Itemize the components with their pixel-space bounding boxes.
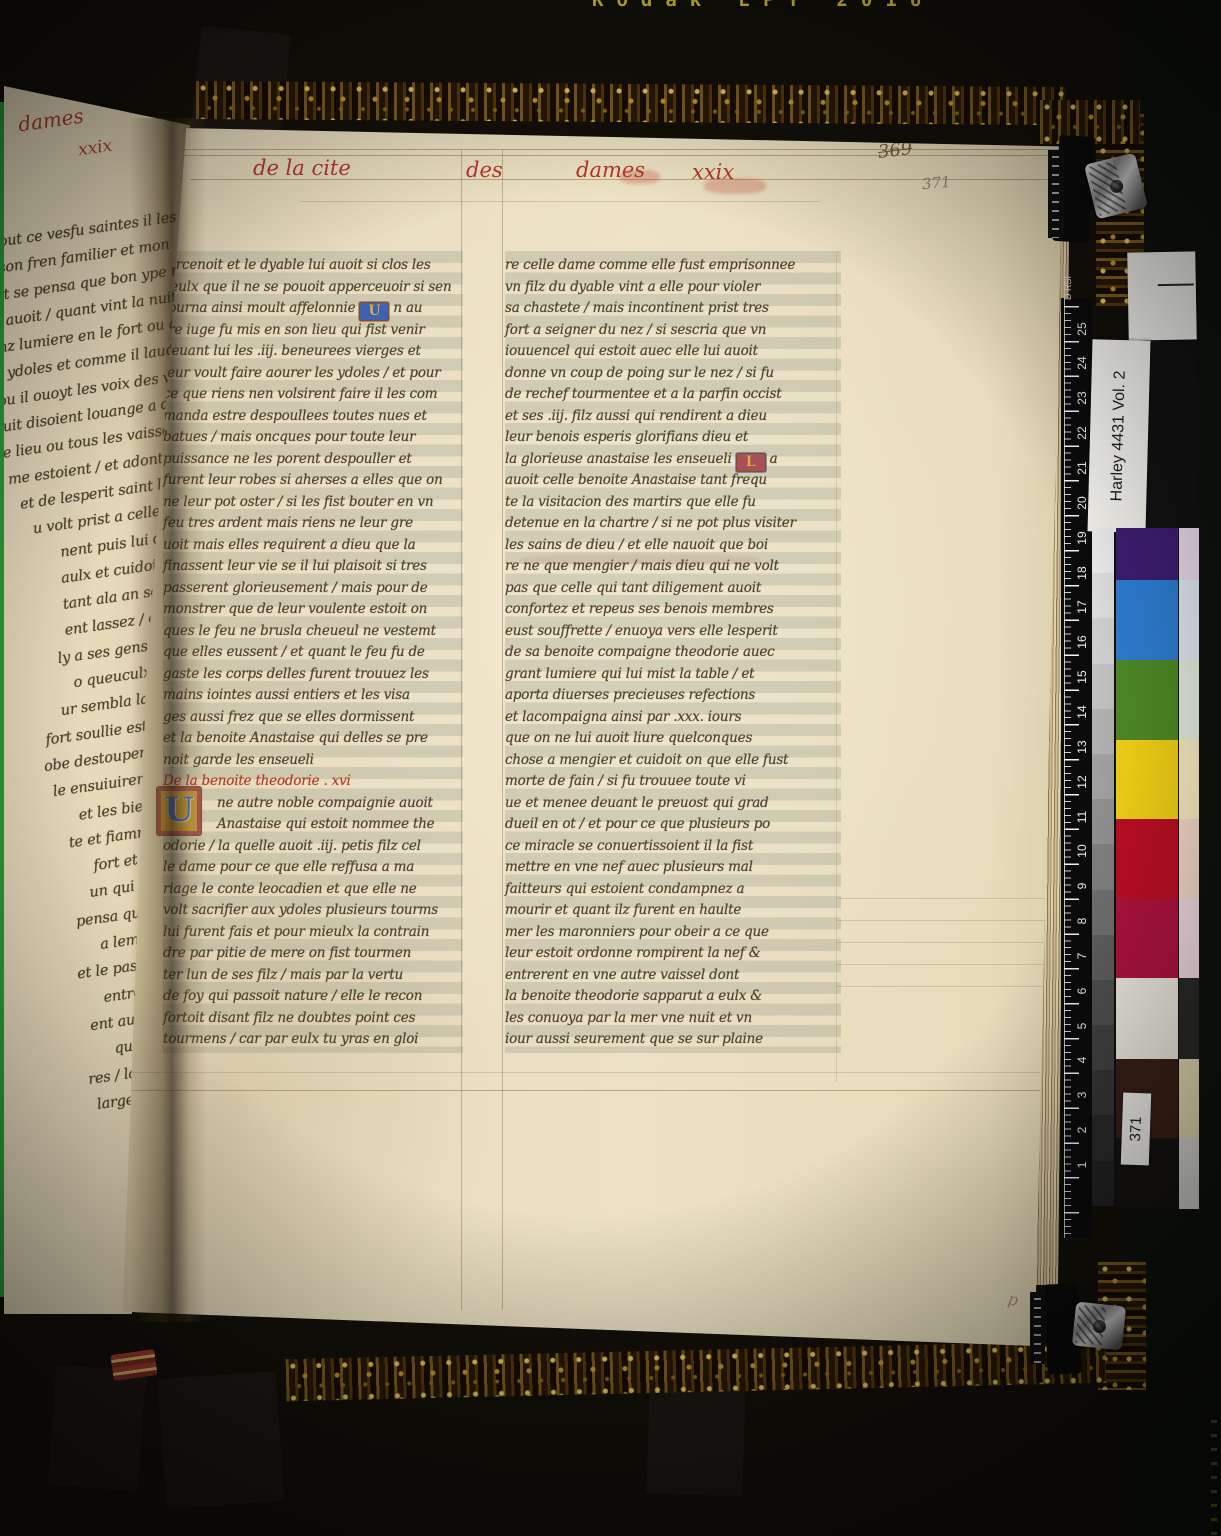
text-line: batues / mais oncques pour toute leur xyxy=(163,427,463,449)
text-column-left: forcenoit et le dyable lui auoit si clos… xyxy=(163,255,463,1051)
offset-ghost xyxy=(620,170,660,184)
color-chart-row-crimson xyxy=(1116,899,1199,978)
shelfmark-label-text: Harley 4431 Vol. 2 xyxy=(1108,370,1129,501)
text-line: feu tres ardent mais riens ne leur gre xyxy=(163,513,463,535)
text-line: et lacompaigna ainsi par .xxx. iours xyxy=(505,707,841,729)
endband-bottom xyxy=(110,1349,157,1381)
text-line: lui furent fais et pour mieulx la contra… xyxy=(163,922,463,944)
gray-patch xyxy=(1092,1070,1114,1115)
gray-patch xyxy=(1092,1115,1114,1160)
ruler-number: 21 xyxy=(1075,458,1089,478)
color-chart-row-blue xyxy=(1116,580,1199,660)
text-line: ques le feu ne brusla cheueul ne vestemt xyxy=(163,621,463,643)
text-line: ce que riens nen volsirent faire il les … xyxy=(163,384,463,406)
ruling-line xyxy=(836,964,1060,965)
ruler-number: 14 xyxy=(1075,702,1089,722)
ruler-number: 11 xyxy=(1075,807,1089,827)
text-line: de foy qui passoit nature / elle le reco… xyxy=(163,986,463,1008)
tab-pencil-line xyxy=(1158,283,1194,286)
text-line: iour aussi seurement que se sur plaine xyxy=(505,1029,841,1051)
pale-patch-black xyxy=(1179,1138,1199,1209)
ruler-number: 18 xyxy=(1075,563,1089,583)
text-line: tre iuge fu mis en son lieu qui fist ven… xyxy=(163,320,463,342)
running-title-part2: des xyxy=(466,158,503,182)
film-edge-marking: Kodak EPY 2016 xyxy=(592,0,934,11)
pale-patch-green xyxy=(1179,660,1199,740)
text-line: fortoit disant filz ne doubtes point ces xyxy=(163,1008,463,1030)
clip-film-strip-top xyxy=(1048,150,1064,238)
text-line: la benoite theodorie sapparut a eulx & xyxy=(505,986,841,1008)
color-chart-row-red xyxy=(1116,819,1199,899)
ruler-number: 5 xyxy=(1075,1016,1089,1036)
ruler-number: 10 xyxy=(1075,841,1089,861)
text-line: monstrer que de leur voulente estoit on xyxy=(163,599,463,621)
text-line: uoit mais elles requirent a dieu que la xyxy=(163,535,463,557)
gray-patch xyxy=(1092,1161,1114,1206)
ruling-line xyxy=(836,986,1060,987)
gray-patch xyxy=(1092,709,1114,754)
text-line: la glorieuse anastaise les enseueliLa xyxy=(505,449,841,471)
facing-page-chapter-number: xxix xyxy=(77,136,114,161)
film-edge-dots xyxy=(1211,1420,1217,1536)
ruling-line xyxy=(502,150,503,1310)
pale-patch-purple xyxy=(1179,528,1199,580)
text-line: mer les maronniers pour obeir a ce que xyxy=(505,922,841,944)
ruling-line xyxy=(120,1090,1040,1091)
text-line: yeulx que il ne se pouoit apperceuoir si… xyxy=(163,277,463,299)
color-chart-row-purple xyxy=(1116,528,1199,580)
text-line: leur estoit ordonne rompirent la nef & xyxy=(505,943,841,965)
rubric-line: De la benoite theodorie . xvi xyxy=(163,771,463,793)
text-line: ce miracle se conuertissoient il la fist xyxy=(505,836,841,858)
text-line: re celle dame comme elle fust emprisonne… xyxy=(505,255,841,277)
text-line: detenue en la chartre / si ne pot plus v… xyxy=(505,513,841,535)
ruler: 1234567891011121314151617181920212223242… xyxy=(1061,298,1092,1238)
text-line: dueil en ot / et pour ce que plusieurs p… xyxy=(505,814,841,836)
ruler-number: 2 xyxy=(1075,1120,1089,1140)
ruler-number: 7 xyxy=(1075,946,1089,966)
gray-patch xyxy=(1092,573,1114,618)
felt-strap-bottom-center xyxy=(158,1371,285,1509)
color-chart-row-yellow xyxy=(1116,740,1199,819)
text-line: odorie / la quelle auoit .iij. petis fil… xyxy=(163,836,463,858)
text-line: auoit celle benoite Anastaise tant frequ xyxy=(505,470,841,492)
text-line: Anastaise qui estoit nommee the xyxy=(163,814,463,836)
gutter-shadow xyxy=(130,118,206,1322)
color-patch-purple xyxy=(1116,528,1178,580)
text-line: morte de fain / si fu trouuee toute vi xyxy=(505,771,841,793)
color-chart-row-green xyxy=(1116,660,1199,740)
text-line: furent leur robes si aherses a elles que… xyxy=(163,470,463,492)
ruling-line xyxy=(158,149,1063,150)
ruling-line xyxy=(130,1072,1040,1073)
text-line: vn filz du dyable vint a elle pour viole… xyxy=(505,277,841,299)
ruler-number: 4 xyxy=(1075,1050,1089,1070)
inline-illuminated-initial: L xyxy=(736,453,766,472)
text-line: volt sacrifier aux ydoles plusieurs tour… xyxy=(163,900,463,922)
text-line: eust souffrette / enuoya vers elle lespe… xyxy=(505,621,841,643)
ruler-number: 24 xyxy=(1075,353,1089,373)
color-patch-red xyxy=(1116,819,1178,899)
running-title-part1: de la cite xyxy=(253,156,351,180)
text-line: faitteurs qui estoient condampnez a xyxy=(505,879,841,901)
text-line: les conuoya par la mer vne nuit et vn xyxy=(505,1008,841,1030)
gray-patch xyxy=(1092,1025,1114,1070)
text-line: passerent glorieusement / mais pour de xyxy=(163,578,463,600)
gilt-edge-top xyxy=(196,81,1066,125)
felt-strap-bottom-left xyxy=(48,1365,146,1491)
color-patch-white xyxy=(1116,978,1178,1059)
text-line: fort a seigner du nez / si sescria que v… xyxy=(505,320,841,342)
ruler-number: 16 xyxy=(1075,632,1089,652)
text-line: noit garde les enseueli xyxy=(163,750,463,772)
text-line: le dame pour ce que elle reffusa a ma xyxy=(163,857,463,879)
text-line: aporta diuerses precieuses refections xyxy=(505,685,841,707)
text-line: de rechef tourmentee et a la parfin occi… xyxy=(505,384,841,406)
ruler-number: 23 xyxy=(1075,388,1089,408)
ruling-line xyxy=(836,942,1060,943)
text-line: entrerent en vne autre vaissel dont xyxy=(505,965,841,987)
metal-clip-bottom xyxy=(1072,1302,1126,1351)
text-line: et ses .iij. filz aussi qui rendirent a … xyxy=(505,406,841,428)
gray-patch xyxy=(1092,799,1114,844)
pale-patch-blue xyxy=(1179,580,1199,660)
color-patch-green xyxy=(1116,660,1178,740)
ruler-number: 15 xyxy=(1075,667,1089,687)
text-line: sa chastete / mais incontinent prist tre… xyxy=(505,298,841,320)
text-line: ges aussi frez que se elles dormissent xyxy=(163,707,463,729)
ruler-maker-text: D RSI xyxy=(1063,276,1073,300)
folio-number-crossed: 369 xyxy=(877,138,914,163)
text-line: te la visitacion des martirs que elle fu xyxy=(505,492,841,514)
text-line: donne vn coup de poing sur le nez / si f… xyxy=(505,363,841,385)
ruler-number: 9 xyxy=(1075,876,1089,896)
text-column-right: re celle dame comme elle fust emprisonne… xyxy=(505,255,841,1051)
text-line: tourmens / car par eulx tu yras en gloi xyxy=(163,1029,463,1051)
text-line: que on ne lui auoit liure quelconques xyxy=(505,728,841,750)
text-line: et la benoite Anastaise qui delles se pr… xyxy=(163,728,463,750)
folio-number-pencil: 371 xyxy=(921,173,951,193)
offset-ghost xyxy=(704,178,766,194)
ruler-number: 13 xyxy=(1075,737,1089,757)
ruler-number: 17 xyxy=(1075,597,1089,617)
ruler-number: 3 xyxy=(1075,1085,1089,1105)
white-tab xyxy=(1127,251,1197,340)
shelfmark-label: Harley 4431 Vol. 2 xyxy=(1087,339,1150,532)
text-line: ne autre noble compaignie auoit xyxy=(163,793,463,815)
gray-patch xyxy=(1092,935,1114,980)
color-chart-row-white xyxy=(1116,978,1199,1059)
pale-patch-yellow xyxy=(1179,740,1199,819)
felt-strap-bottom-right xyxy=(646,1383,746,1496)
pale-patch-red xyxy=(1179,819,1199,899)
ruler-number: 1 xyxy=(1075,1155,1089,1175)
gray-patch xyxy=(1092,890,1114,935)
text-line: deuant lui les .iij. beneurees vierges e… xyxy=(163,341,463,363)
color-patch-crimson xyxy=(1116,899,1178,978)
gray-patch xyxy=(1092,754,1114,799)
text-line: confortez et repeus ses benois membres xyxy=(505,599,841,621)
text-line: dre par pitie de mere on fist tourmen xyxy=(163,943,463,965)
ruler-number: 8 xyxy=(1075,911,1089,931)
folio-sticker-text: 371 xyxy=(1127,1116,1145,1142)
text-line: ter lun de ses filz / mais par la vertu xyxy=(163,965,463,987)
text-line: forcenoit et le dyable lui auoit si clos… xyxy=(163,255,463,277)
folio-sticker: 371 xyxy=(1121,1093,1151,1166)
ruler-number: 6 xyxy=(1075,981,1089,1001)
ruler-number: 20 xyxy=(1075,493,1089,513)
text-line: finassent leur vie se il lui plaisoit si… xyxy=(163,556,463,578)
gray-patch xyxy=(1092,618,1114,663)
ruling-line xyxy=(836,898,1060,899)
text-line: de sa benoite compaigne theodorie auec xyxy=(505,642,841,664)
ruling-line xyxy=(836,920,1060,921)
color-patch-yellow xyxy=(1116,740,1178,819)
text-line: puissance ne les porent despouller et xyxy=(163,449,463,471)
text-line: les sains de dieu / et elle nauoit que b… xyxy=(505,535,841,557)
gray-patch xyxy=(1092,528,1114,573)
gray-patch xyxy=(1092,980,1114,1025)
text-line: mettre en vne nef auec plusieurs mal xyxy=(505,857,841,879)
text-line: que elles eussent / et quant le feu fu d… xyxy=(163,642,463,664)
text-line: leur voult faire aourer les ydoles / et … xyxy=(163,363,463,385)
color-chart-black-backing xyxy=(1146,338,1198,532)
text-line: ne leur pot oster / si les fist bouter e… xyxy=(163,492,463,514)
pen-trial-mark: p xyxy=(1006,1289,1019,1309)
text-line: tourna ainsi moult affelonnieUn au xyxy=(163,298,463,320)
text-line: mourir et quant ilz furent en haulte xyxy=(505,900,841,922)
color-patch-blue xyxy=(1116,580,1178,660)
text-line: gaste les corps delles furent trouuez le… xyxy=(163,664,463,686)
text-line: riage le conte leocadien et que elle ne xyxy=(163,879,463,901)
text-line: ue et menee deuant le preuost qui grad xyxy=(505,793,841,815)
ruler-number: 22 xyxy=(1075,423,1089,443)
text-line: grant lumiere qui lui mist la table / et xyxy=(505,664,841,686)
pale-patch-crimson xyxy=(1179,899,1199,978)
facing-page-running-title: dames xyxy=(17,104,85,137)
ruling-line xyxy=(300,201,820,202)
gray-patch xyxy=(1092,844,1114,889)
text-line: chose a mengier et cuidoit on que elle f… xyxy=(505,750,841,772)
pale-patch-white xyxy=(1179,978,1199,1059)
manuscript-page: de la cite des dames xxix 369 371 forcen… xyxy=(120,122,1065,1346)
text-line: leur benois esperis glorifians dieu et xyxy=(505,427,841,449)
text-line: re ne que mengier / mais dieu qui ne vol… xyxy=(505,556,841,578)
grayscale-column xyxy=(1092,528,1114,1206)
inline-illuminated-initial: U xyxy=(359,302,389,321)
gray-patch xyxy=(1092,664,1114,709)
ruler-number: 12 xyxy=(1075,772,1089,792)
clip-film-strip-bottom xyxy=(1030,1292,1045,1364)
photo-stage: Kodak EPY 2016 dames xxix ne de tout ce … xyxy=(0,0,1221,1536)
text-line: mains iointes aussi entiers et les visa xyxy=(163,685,463,707)
text-line: iouuencel qui estoit auec elle lui auoit xyxy=(505,341,841,363)
text-line: pas que celle qui tant diligement auoit xyxy=(505,578,841,600)
pale-patch-brown xyxy=(1179,1059,1199,1138)
ruler-number: 25 xyxy=(1075,319,1089,339)
text-line: manda estre despoullees toutes nues et xyxy=(163,406,463,428)
